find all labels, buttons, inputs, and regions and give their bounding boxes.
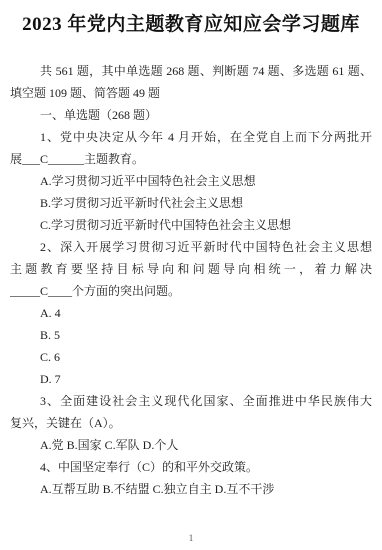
question-2-option-a: A. 4 bbox=[10, 302, 372, 324]
document-title: 2023 年党内主题教育应知应会学习题库 bbox=[10, 12, 372, 38]
question-2-option-d: D. 7 bbox=[10, 368, 372, 390]
question-4-options: A.互帮互助 B.不结盟 C.独立自主 D.互不干涉 bbox=[10, 478, 372, 500]
page-number: 1 bbox=[0, 533, 382, 543]
document-page: 2023 年党内主题教育应知应会学习题库 共 561 题，其中单选题 268 题… bbox=[0, 0, 382, 550]
section-heading: 一、单选题（268 题） bbox=[10, 104, 372, 126]
question-1-option-a: A.学习贯彻习近平中国特色社会主义思想 bbox=[10, 170, 372, 192]
question-2-option-c: C. 6 bbox=[10, 346, 372, 368]
summary-line-2: 填空题 109 题、简答题 49 题 bbox=[10, 82, 372, 104]
question-1-line-1: 1、党中央决定从今年 4 月开始，在全党自上而下分两批开 bbox=[10, 126, 372, 148]
question-2-line-1: 2、深入开展学习贯彻习近平新时代中国特色社会主义思想 bbox=[10, 236, 372, 258]
question-2-line-3: _____C____个方面的突出问题。 bbox=[10, 280, 372, 302]
document-body: 共 561 题，其中单选题 268 题、判断题 74 题、多选题 61 题、填空… bbox=[10, 60, 372, 500]
question-1-option-b: B.学习贯彻习近平新时代社会主义思想 bbox=[10, 192, 372, 214]
question-1-line-2: 展___C______主题教育。 bbox=[10, 148, 372, 170]
question-3-options: A.党 B.国家 C.军队 D.个人 bbox=[10, 434, 372, 456]
question-3-line-2: 复兴，关键在（A）。 bbox=[10, 412, 372, 434]
question-2-line-2: 主题教育要坚持目标导向和问题导向相统一，着力解决 bbox=[10, 258, 372, 280]
question-2-option-b: B. 5 bbox=[10, 324, 372, 346]
question-1-option-c: C.学习贯彻习近平新时代中国特色社会主义思想 bbox=[10, 214, 372, 236]
question-3-line-1: 3、全面建设社会主义现代化国家、全面推进中华民族伟大 bbox=[10, 390, 372, 412]
question-4-line-1: 4、中国坚定奉行（C）的和平外交政策。 bbox=[10, 456, 372, 478]
summary-line-1: 共 561 题，其中单选题 268 题、判断题 74 题、多选题 61 题、 bbox=[10, 60, 372, 82]
